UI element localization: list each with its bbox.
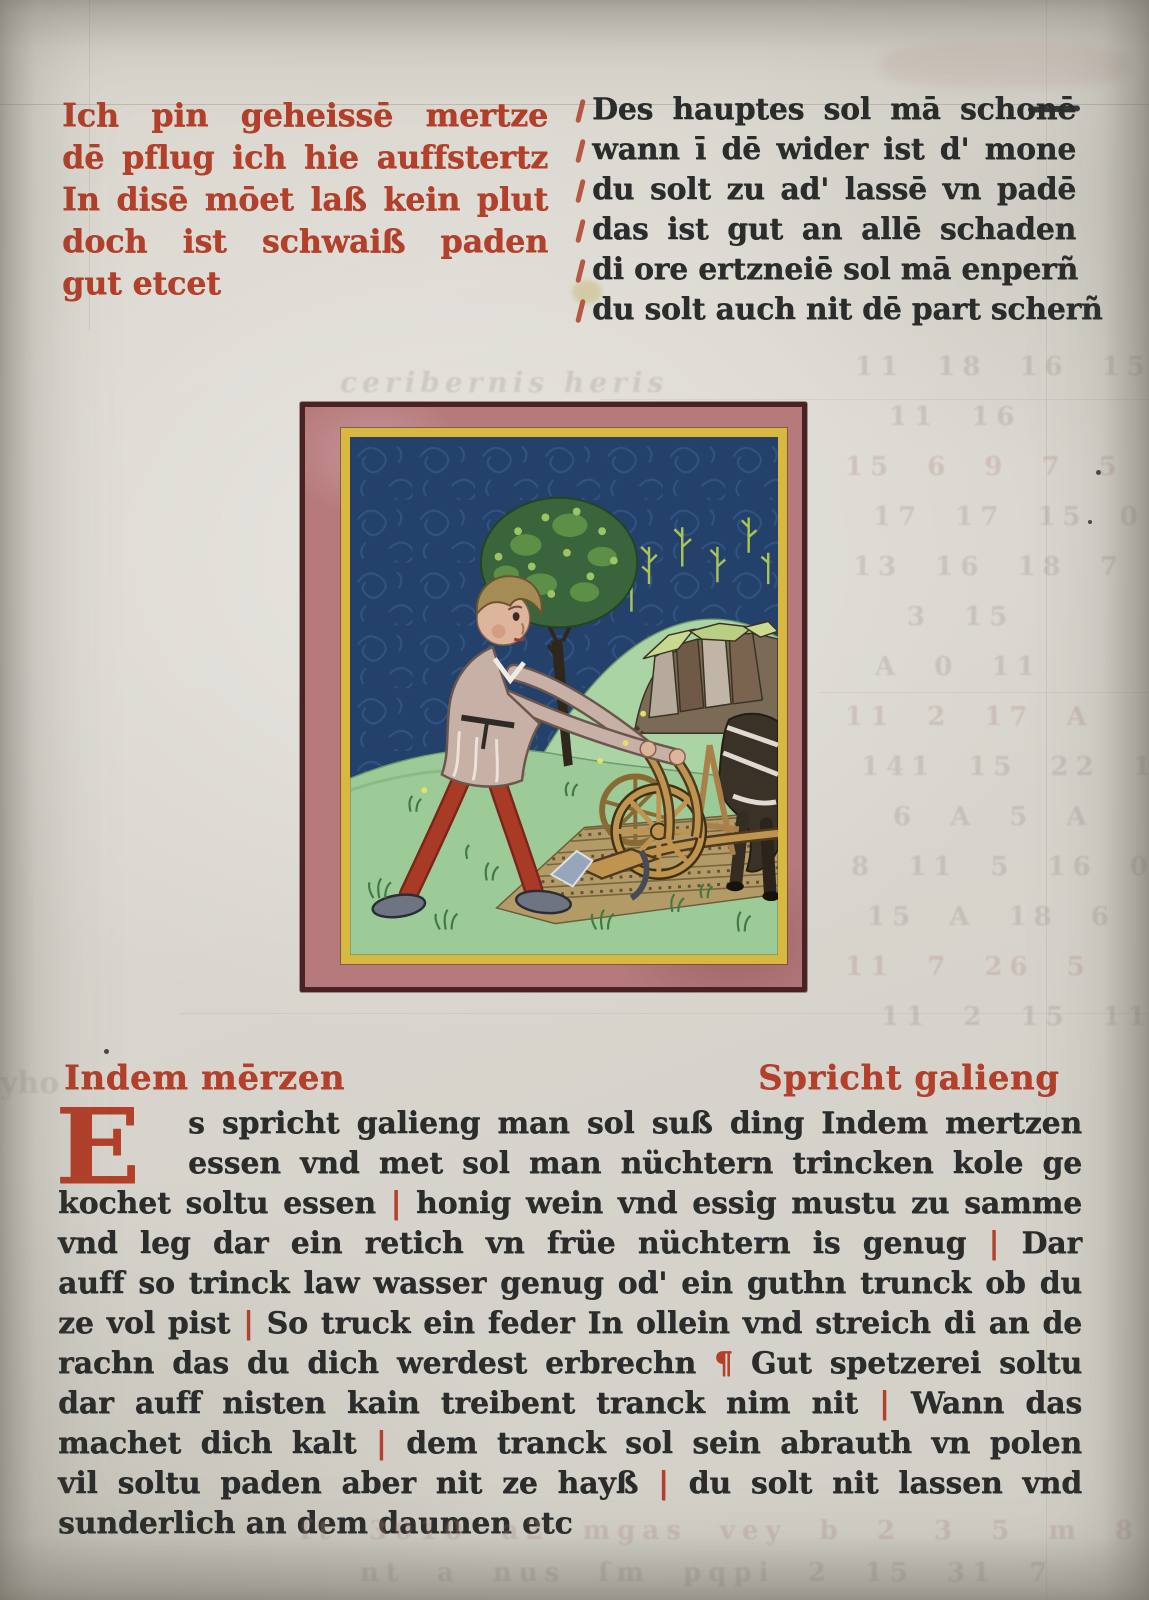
text-segment: s spricht galieng man sol suß ding Indem… xyxy=(188,1106,1082,1141)
text-line: das ist gut an allē schaden xyxy=(578,210,1076,250)
text-line: dē pflug ich hie auffstertz xyxy=(62,136,548,178)
text-segment: di ore ertzneiē sol mā enperñ xyxy=(592,252,1078,287)
text-line: du solt auch nit dē part scherñ xyxy=(578,290,1076,330)
showthrough-text: 15 6 9 7 5 A xyxy=(845,452,1149,482)
rubricated-mark: | xyxy=(376,1426,387,1461)
text-line: dar auff nisten kain treibent tranck nim… xyxy=(58,1384,1082,1424)
text-line: Des hauptes sol mā schonē xyxy=(578,90,1076,130)
text-line: essen vnd met sol man nüchtern trincken … xyxy=(58,1144,1082,1184)
text-line: gut etcet xyxy=(62,262,548,304)
showthrough-text: nt a nus ſm pqpi 2 15 31 7 xyxy=(360,1558,1054,1588)
text-segment: So truck ein feder In ollein vnd streich… xyxy=(254,1306,1082,1341)
text-segment: du solt zu ad' lassē vn padē xyxy=(592,172,1076,207)
text-segment: Wann das xyxy=(890,1386,1082,1421)
text-segment: gut etcet xyxy=(62,264,221,302)
text-line: Ich pin geheissē mertze xyxy=(62,94,548,136)
text-segment: vnd leg dar ein retich vn früe nüchtern … xyxy=(58,1226,988,1261)
showthrough-text: 11 2 17 A xyxy=(845,702,1094,732)
showthrough-text: ſt 3010 a2 mgas vey b 2 3 5 m 8 11 xyxy=(300,1516,1149,1546)
verse-right-block: Des hauptes sol mā schonēwann ī dē wider… xyxy=(578,90,1076,330)
text-segment: honig wein vnd essig mustu zu samme xyxy=(401,1186,1082,1221)
text-line: vnd leg dar ein retich vn früe nüchtern … xyxy=(58,1224,1082,1264)
text-segment: Des hauptes sol mā schonē xyxy=(592,92,1076,127)
showthrough-text: 11 16 xyxy=(889,402,1021,432)
rubric-right: Spricht galieng xyxy=(758,1058,1059,1098)
rubricated-mark: | xyxy=(658,1466,669,1501)
text-segment: du solt auch nit dē part scherñ xyxy=(592,292,1103,327)
rubricated-mark: | xyxy=(391,1186,402,1221)
text-segment: Ich pin geheissē mertze xyxy=(62,96,548,134)
showthrough-text: 6 A 5 A xyxy=(893,802,1094,832)
text-line: du solt zu ad' lassē vn padē xyxy=(578,170,1076,210)
text-line: In disē mōet laß kein plut xyxy=(62,178,548,220)
showthrough-text: 11 7 26 5 xyxy=(845,952,1092,982)
text-segment: dem tranck sol sein abrauth vn polen xyxy=(387,1426,1082,1461)
text-segment: dar auff nisten kain treibent tranck nim… xyxy=(58,1386,879,1421)
text-line: vil soltu paden aber nit ze hayß | du so… xyxy=(58,1464,1082,1504)
text-line: doch ist schwaiß paden xyxy=(62,220,548,262)
showthrough-text: 3 15 xyxy=(907,602,1014,632)
text-segment: machet dich kalt xyxy=(58,1426,376,1461)
showthrough-text: yho xyxy=(0,1066,59,1101)
ink-speck xyxy=(104,1049,109,1054)
showthrough-text: 13 16 18 7 15 xyxy=(853,552,1149,582)
text-line: di ore ertzneiē sol mā enperñ xyxy=(578,250,1076,290)
text-segment: ze vol pist xyxy=(58,1306,243,1341)
showthrough-text: 8 11 5 16 0 xyxy=(851,852,1149,882)
body-text-block: s spricht galieng man sol suß ding Indem… xyxy=(58,1104,1082,1544)
manuscript-page: Ich pin geheissē mertzedē pflug ich hie … xyxy=(0,0,1149,1600)
text-line: wann ī dē wider ist d' mone xyxy=(578,130,1076,170)
showthrough-smear xyxy=(880,42,1130,88)
text-segment: du solt nit lassen vnd xyxy=(669,1466,1082,1501)
showthrough-text: 15 A 18 6 11 xyxy=(867,902,1149,932)
text-line: s spricht galieng man sol suß ding Indem… xyxy=(58,1104,1082,1144)
text-segment: Dar xyxy=(999,1226,1082,1261)
showthrough-column: 11 18 16 15 11 A11 1615 6 9 7 5 A17 17 1… xyxy=(845,352,1145,1072)
showthrough-text: 11 2 15 11 5 xyxy=(881,1002,1149,1032)
showthrough-text: 141 15 22 14 11 xyxy=(861,752,1149,782)
rubricated-mark: ¶ xyxy=(714,1346,733,1381)
text-segment: dē pflug ich hie auffstertz xyxy=(62,138,548,176)
text-segment: essen vnd met sol man nüchtern trincken … xyxy=(188,1146,1082,1181)
text-segment: auff so trinck law wasser genug od' ein … xyxy=(58,1266,1082,1301)
plowing-scene-illustration xyxy=(350,437,778,955)
showthrough-text: 17 17 15 0 xyxy=(873,502,1145,532)
text-segment: kochet soltu essen xyxy=(58,1186,391,1221)
miniature xyxy=(300,402,807,992)
text-line: ze vol pist | So truck ein feder In olle… xyxy=(58,1304,1082,1344)
text-segment: vil soltu paden aber nit ze hayß xyxy=(58,1466,658,1501)
showthrough-text: ceribernis heris xyxy=(340,366,668,399)
text-line: machet dich kalt | dem tranck sol sein a… xyxy=(58,1424,1082,1464)
text-line: kochet soltu essen | honig wein vnd essi… xyxy=(58,1184,1082,1224)
text-line: rachn das du dich werdest erbrechn ¶ Gut… xyxy=(58,1344,1082,1384)
showthrough-bottom: ſt 3010 a2 mgas vey b 2 3 5 m 8 11nt a n… xyxy=(300,1516,1060,1600)
text-segment: wann ī dē wider ist d' mone xyxy=(592,132,1076,167)
rubricated-mark: | xyxy=(879,1386,890,1421)
miniature-frame xyxy=(341,428,787,964)
showthrough-text: 11 18 16 15 11 A xyxy=(855,352,1149,382)
showthrough-text: A 0 11 xyxy=(875,652,1042,682)
text-segment: rachn das du dich werdest erbrechn xyxy=(58,1346,714,1381)
verse-left-block: Ich pin geheissē mertzedē pflug ich hie … xyxy=(62,94,548,304)
rubricated-mark: | xyxy=(988,1226,999,1261)
text-segment: In disē mōet laß kein plut xyxy=(62,180,548,218)
text-line: auff so trinck law wasser genug od' ein … xyxy=(58,1264,1082,1304)
text-segment: doch ist schwaiß paden xyxy=(62,222,548,260)
text-segment: das ist gut an allē schaden xyxy=(592,212,1076,247)
rubricated-mark: | xyxy=(243,1306,254,1341)
text-segment: Gut spetzerei soltu xyxy=(733,1346,1082,1381)
